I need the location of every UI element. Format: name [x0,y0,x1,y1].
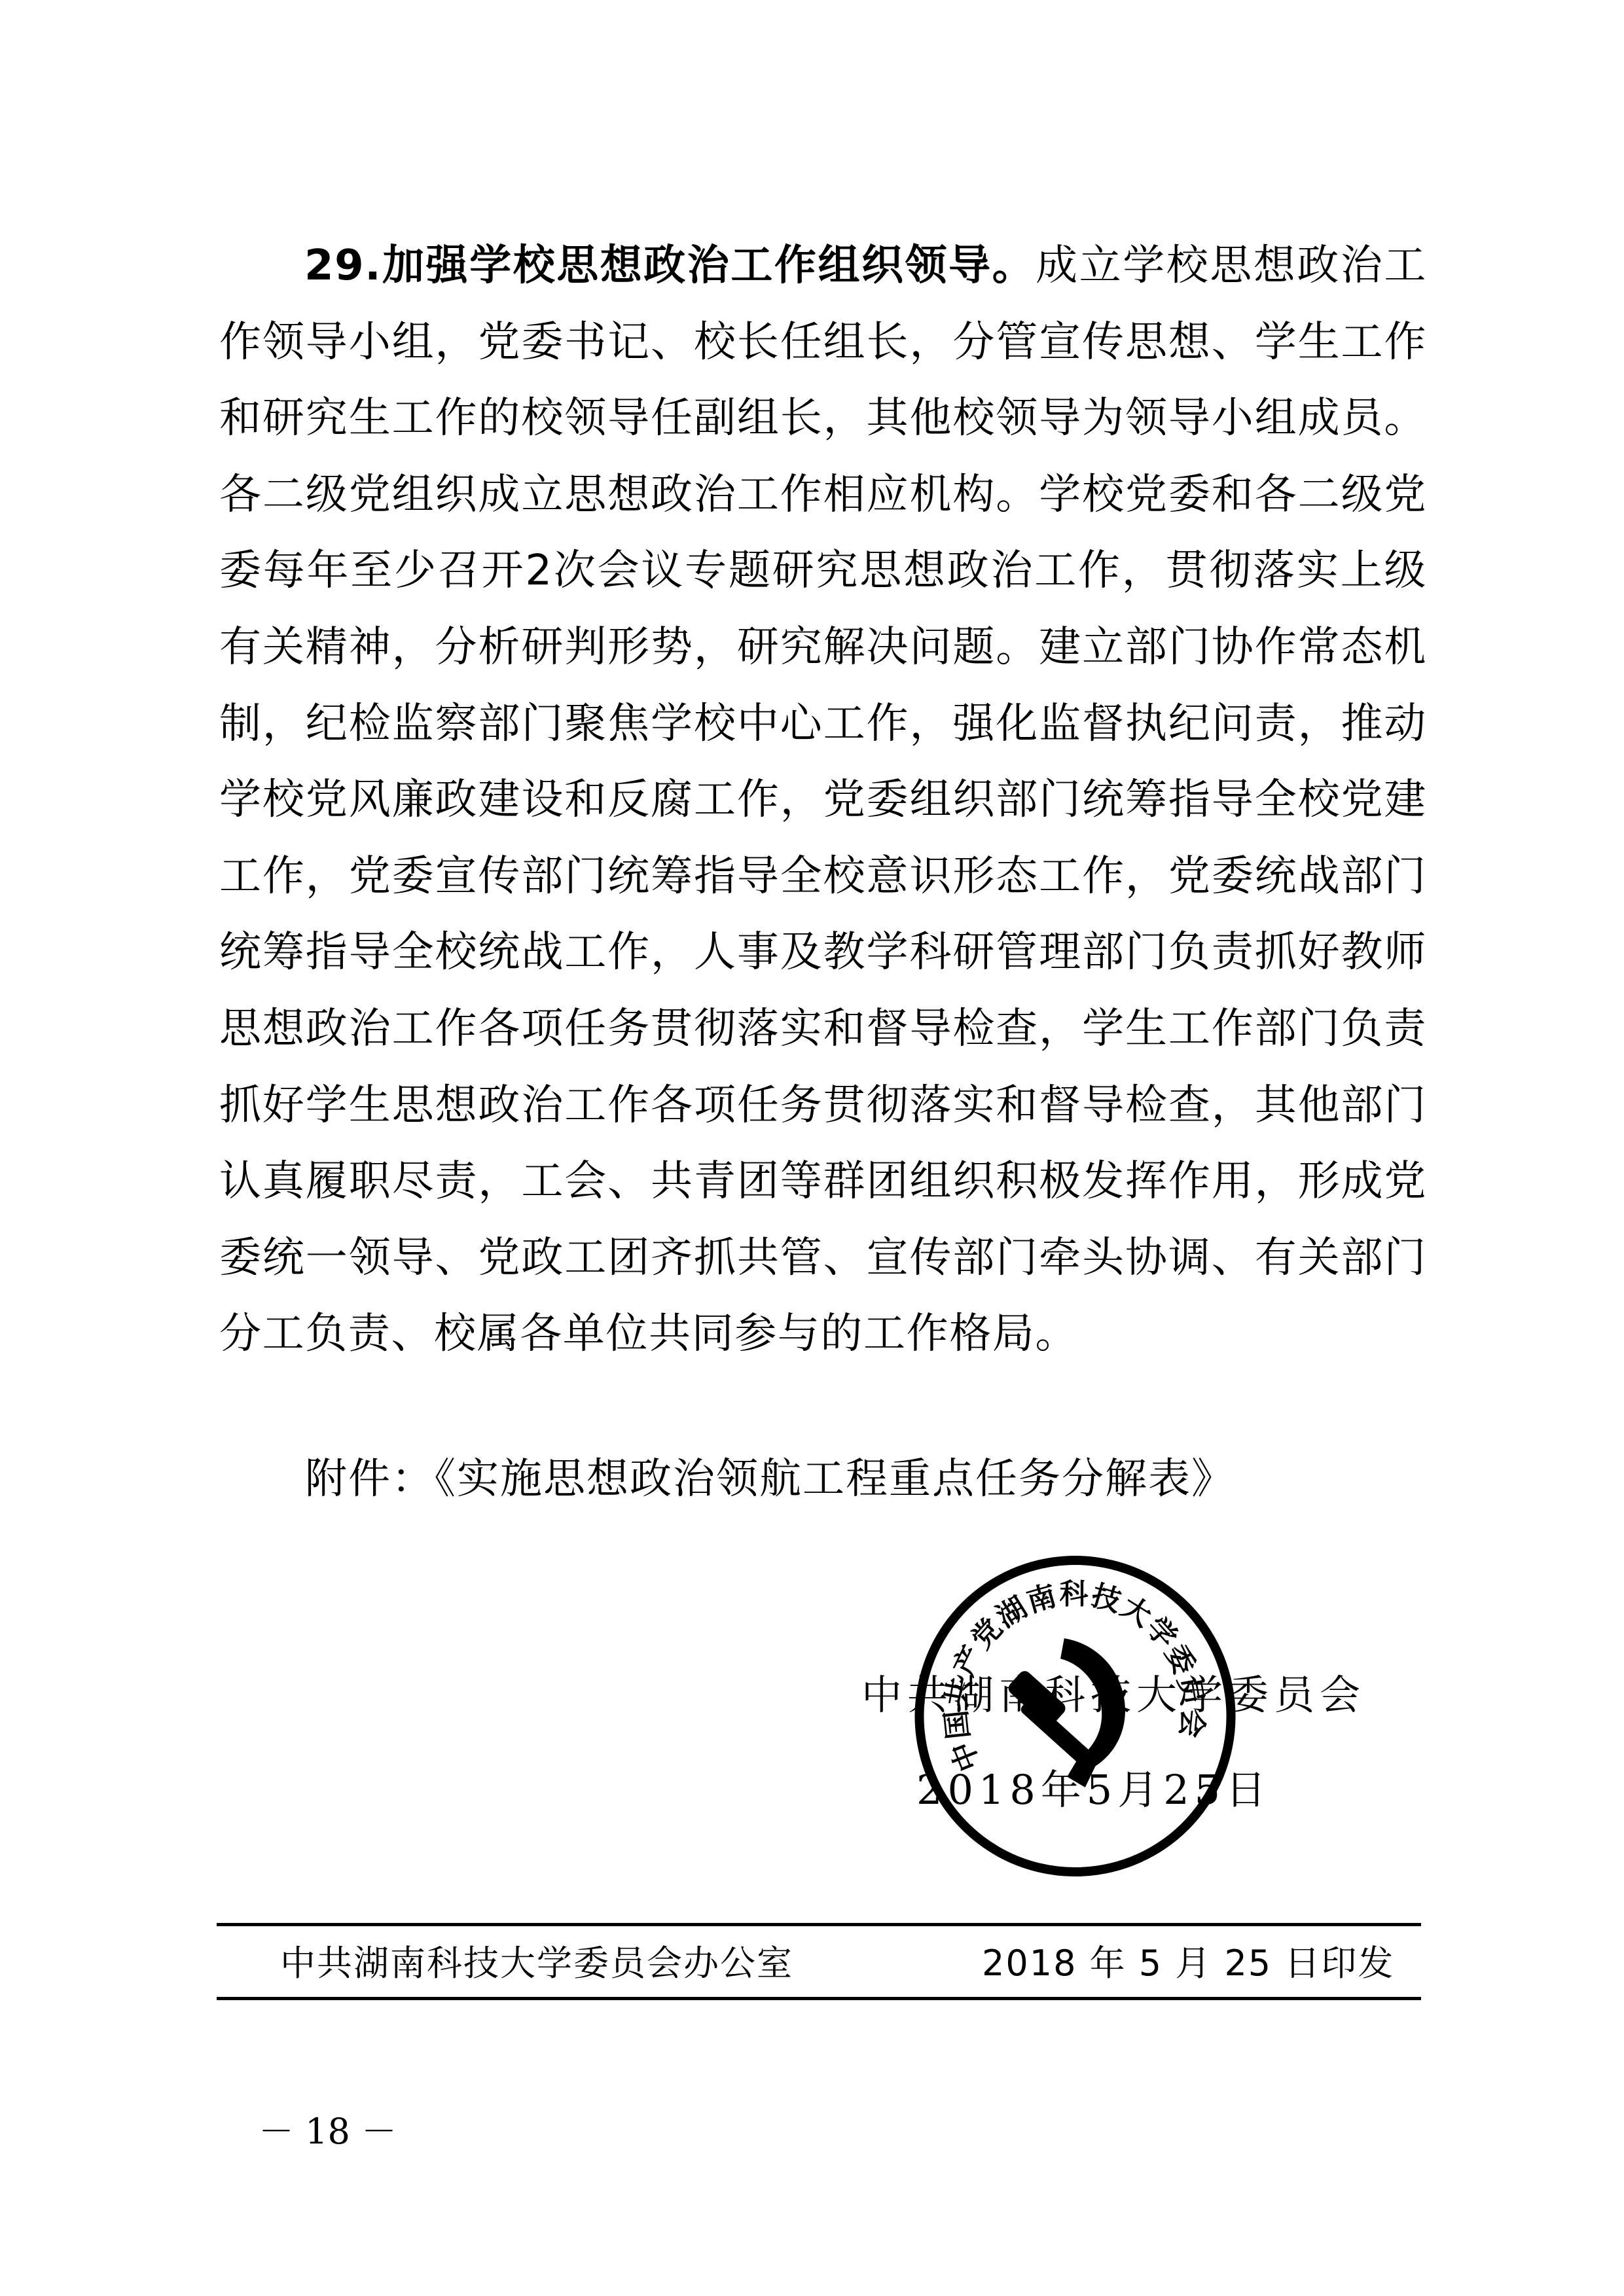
section-heading: 29.加强学校思想政治工作组织领导。 [304,242,1036,290]
section-29-body: 29.加强学校思想政治工作组织领导。成立学校思想政治工 作领导小组，党委书记、校… [219,228,1427,1372]
body-line-1-text: 成立学校思想政治工 [1036,242,1427,290]
footer-print-date: 2018 年 5 月 25 日印发 [982,1941,1394,1986]
body-line-8: 学校党风廉政建设和反腐工作，党委组织部门统筹指导全校党建 [219,762,1427,838]
body-line-5: 委每年至少召开2次会议专题研究思想政治工作，贯彻落实上级 [219,533,1427,609]
body-line-1: 29.加强学校思想政治工作组织领导。成立学校思想政治工 [219,228,1427,304]
document-page: 29.加强学校思想政治工作组织领导。成立学校思想政治工 作领导小组，党委书记、校… [0,0,1624,2296]
body-line-4: 各二级党组织成立思想政治工作相应机构。学校党委和各二级党 [219,457,1427,533]
body-line-15: 分工负责、校属各单位共同参与的工作格局。 [219,1296,1427,1372]
body-line-9: 工作，党委宣传部门统筹指导全校意识形态工作，党委统战部门 [219,838,1427,915]
body-line-7: 制，纪检监察部门聚焦学校中心工作，强化监督执纪问责，推动 [219,686,1427,762]
body-line-12: 抓好学生思想政治工作各项任务贯彻落实和督导检查，其他部门 [219,1067,1427,1144]
body-line-13: 认真履职尽责，工会、共青团等群团组织积极发挥作用，形成党 [219,1143,1427,1220]
body-line-3: 和研究生工作的校领导任副组长，其他校领导为领导小组成员。 [219,380,1427,457]
hammer-and-sickle-emblem [1000,1631,1136,1796]
attachment-reference: 附件：《实施思想政治领航工程重点任务分解表》 [305,1450,1235,1509]
footer-top-rule [217,1923,1421,1926]
body-line-2: 作领导小组，党委书记、校长任组长，分管宣传思想、学生工作 [219,304,1427,381]
page-number: － 18 － [259,2109,397,2155]
body-line-11: 思想政治工作各项任务贯彻落实和督导检查，学生工作部门负责 [219,991,1427,1067]
body-line-6: 有关精神，分析研判形势，研究解决问题。建立部门协作常态机 [219,609,1427,686]
body-line-14: 委统一领导、党政工团齐抓共管、宣传部门牵头协调、有关部门 [219,1220,1427,1297]
footer-bottom-rule [217,1997,1421,2000]
body-line-10: 统筹指导全校统战工作，人事及教学科研管理部门负责抓好教师 [219,914,1427,991]
footer-issuer: 中共湖南科技大学委员会办公室 [280,1941,793,1986]
official-party-seal-icon: 中国共产党湖南科技大学委员会 [889,1531,1262,1901]
